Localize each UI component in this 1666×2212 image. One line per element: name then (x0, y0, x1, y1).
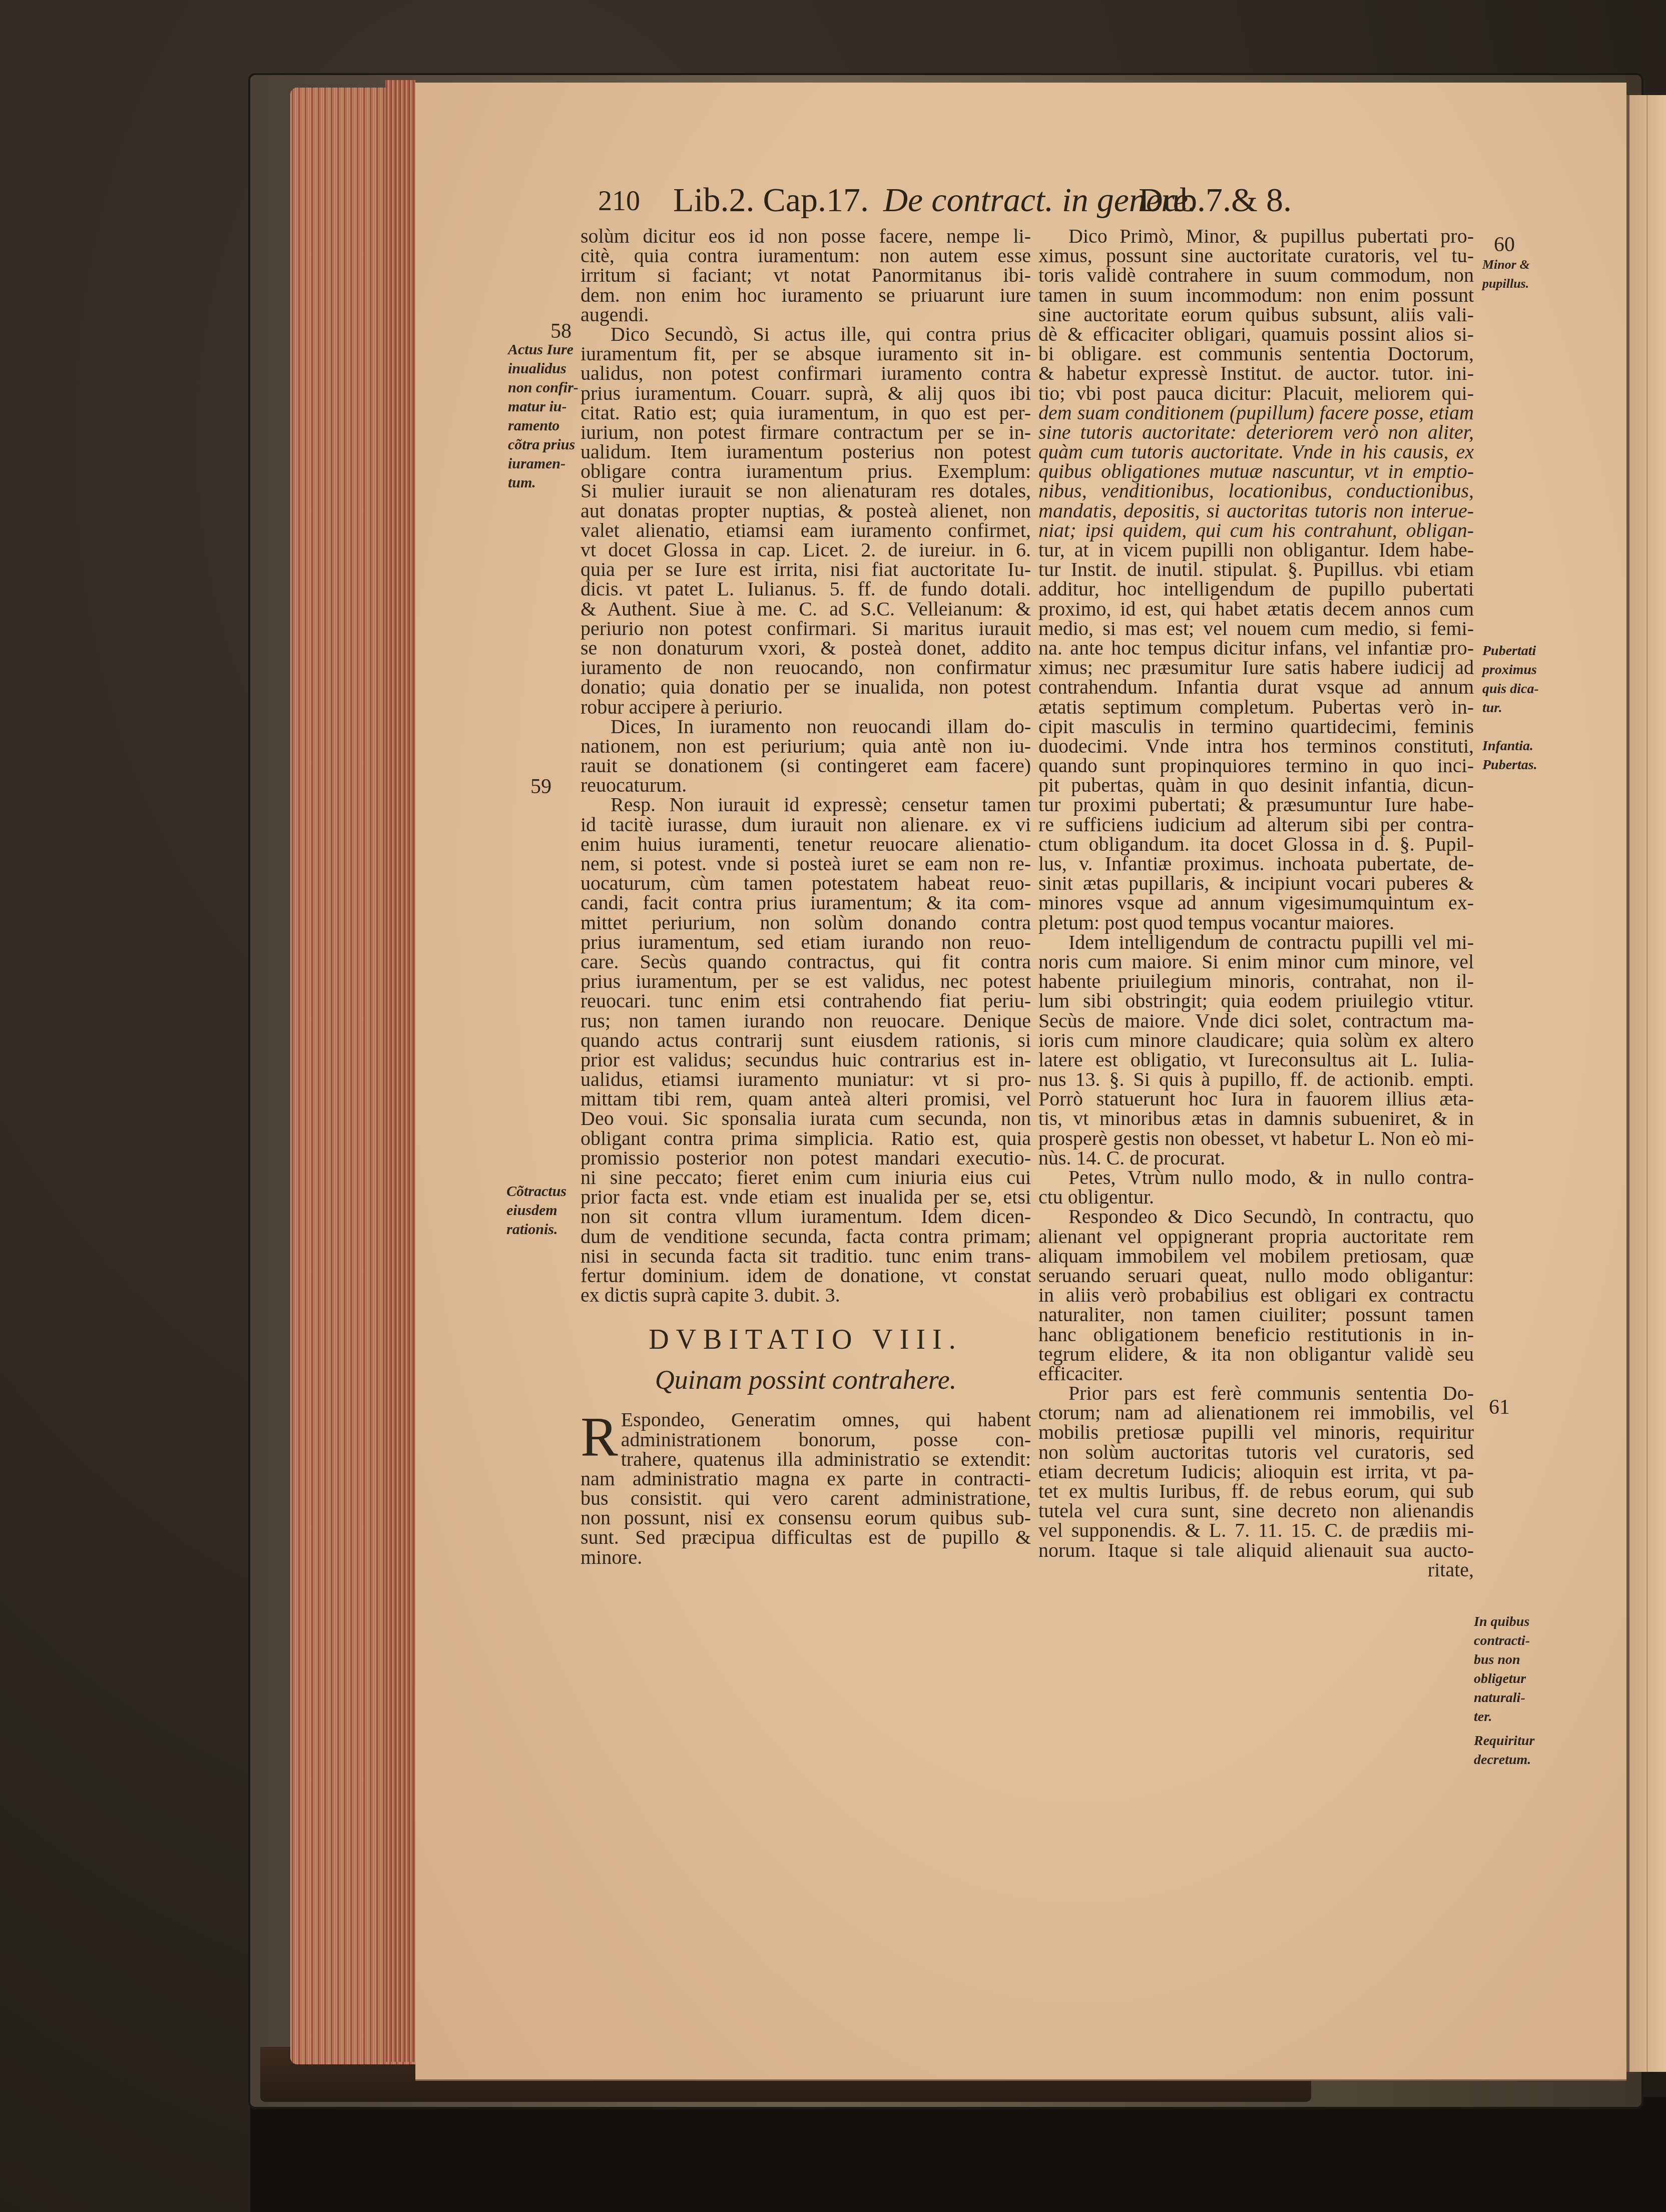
text-line: ætatis septimum completum. Pubertas verò… (1038, 697, 1474, 717)
text-line: mandatis, depositis, si auctoritas tutor… (1038, 501, 1474, 520)
margin-note-infantia-pubertas: Infantia. Pubertas. (1482, 737, 1537, 775)
text-line: ex dictis suprà capite 3. dubit. 3. (581, 1285, 1031, 1305)
text-line: tegrum elidere, & ita non obligantur val… (1038, 1344, 1474, 1364)
text-line: ioris cum minore claudicare; quia solùm … (1038, 1030, 1474, 1050)
text-line: Petes, Vtrùm nullo modo, & in nullo cont… (1038, 1168, 1474, 1187)
text-line: uocaturum, cùm tamen potestatem habeat r… (581, 873, 1031, 893)
text-line: tur proximi pubertati; & præsumuntur Iur… (1038, 795, 1474, 814)
book-chapter: Lib.2. Cap.17. (673, 180, 869, 220)
text-line: noris cum maiore. Si enim minor cum mino… (1038, 952, 1474, 971)
text-line: medio, si mas est; vel nouem cum medio, … (1038, 619, 1474, 638)
text-line: Deo voui. Sic sponsalia iurata cum secun… (581, 1109, 1031, 1128)
text-line: Dico Secundò, Si actus ille, qui contra … (581, 324, 1031, 344)
text-line: trahere, quatenus illa administratio se … (581, 1449, 1031, 1469)
text-line: contrahendum. Infantia durat vsque ad an… (1038, 677, 1474, 697)
catchword: ritate, (1038, 1560, 1474, 1579)
text-line: lum sibi obstringit; quia eodem priuileg… (1038, 991, 1474, 1010)
text-line: promissio posterior non potest mandari e… (581, 1148, 1031, 1168)
text-line: quàm cum tutoris auctoritate. Vnde in hi… (1038, 442, 1474, 461)
text-line: mobilis pretiosæ pupilli vel minoris, re… (1038, 1422, 1474, 1442)
text-line: duodecimi. Vnde intra hos terminos const… (1038, 736, 1474, 756)
text-line: pletum: post quod tempus vocantur maiore… (1038, 913, 1474, 932)
text-line: tis, vt minoribus ætas in damnis subueni… (1038, 1109, 1474, 1128)
text-line: quia per se Iure est irrita, nisi fiat a… (581, 560, 1031, 579)
text-line: ualidus, non potest confirmari iuramento… (581, 363, 1031, 383)
text-line: ualidus, etiamsi iuramento muniatur: vt … (581, 1069, 1031, 1089)
text-line: vel supponendis. & L. 7. 11. 15. C. de p… (1038, 1520, 1474, 1540)
margin-note-minor-pupillus: Minor & pupillus. (1482, 255, 1530, 293)
text-line: iuramento de non reuocando, non confirma… (581, 658, 1031, 677)
margin-note-line: naturali- (1474, 1689, 1530, 1708)
text-line: non possunt, nisi ex consensu eorum quib… (581, 1508, 1031, 1527)
text-line: sine auctoritate eorum quibus subsunt, a… (1038, 305, 1474, 324)
margin-note-requiritur: Requiritur decretum. (1474, 1732, 1534, 1770)
text-line: niat; ipsi quidem, qui cum his contrahun… (1038, 520, 1474, 540)
text-line: nibus, venditionibus, locationibus, cond… (1038, 481, 1474, 500)
text-line: Respondeo & Dico Secundò, In contractu, … (1038, 1207, 1474, 1226)
text-line: citè, quia contra iuramentum: non autem … (581, 246, 1031, 265)
text-line: non sit contra vllum iuramentum. Idem di… (581, 1207, 1031, 1226)
margin-note-line: proximus (1482, 661, 1539, 680)
text-line: obligare contra iuramentum prius. Exempl… (581, 461, 1031, 481)
text-line: iuramentum fit, per se absque iuramento … (581, 344, 1031, 363)
text-line: in aliis verò probabilius est obligari e… (1038, 1285, 1474, 1305)
text-line: ualidum. Item iuramentum posterius non p… (581, 442, 1031, 461)
text-line: sunt. Sed præcipua difficultas est de pu… (581, 1527, 1031, 1547)
margin-note-line: Infantia. (1482, 737, 1537, 756)
text-line: aliquam immobilem vel mobilem pretiosam,… (1038, 1246, 1474, 1266)
margin-number-60: 60 (1494, 233, 1515, 257)
margin-note-line: tur. (1482, 699, 1539, 718)
text-line: ctum obligandum. ita docet Glossa in d. … (1038, 834, 1474, 854)
margin-note-line: ramento (508, 416, 579, 435)
text-line: valet alienatio, etiamsi eam iuramento c… (581, 520, 1031, 540)
text-line: norum. Itaque si tale aliquid alienauit … (1038, 1540, 1474, 1560)
section-heading: DVBITATIO VIII. (581, 1320, 1031, 1360)
text-line: Dices, In iuramento non reuocandi illam … (581, 717, 1031, 736)
text-line: dè & efficaciter obligari, quamuis possi… (1038, 324, 1474, 344)
text-line: na. ante hoc tempus dicitur infans, vel … (1038, 638, 1474, 658)
margin-note-line: iuramen- (508, 454, 579, 473)
margin-note-line: Minor & (1482, 255, 1530, 274)
text-line: additur, hoc intelligendum de pupillo pu… (1038, 579, 1474, 599)
text-line: habente priuilegium minoris, contrahat, … (1038, 971, 1474, 991)
text-line: prior facta est. vnde etiam est inualida… (581, 1187, 1031, 1207)
margin-note-line: obligetur (1474, 1670, 1530, 1689)
text-line: pit pubertas, quàm in quo desinit infant… (1038, 775, 1474, 795)
text-line: dicis. vt patet L. Iulianus. 5. ff. de f… (581, 579, 1031, 599)
text-line: mittet periurium, non solùm donando cont… (581, 913, 1031, 932)
dubitatio-ref: Dub.7.& 8. (1139, 180, 1292, 220)
text-line: augendi. (581, 305, 1031, 324)
text-line: Espondeo, Generatim omnes, qui habent (581, 1410, 1031, 1429)
text-line: aut donatas propter nuptias, & posteà al… (581, 501, 1031, 520)
text-line: tamen in suum incommodum: non enim possu… (1038, 285, 1474, 305)
text-line: prius iuramentum. Couarr. suprà, & alij … (581, 383, 1031, 403)
margin-number-59: 59 (530, 775, 551, 799)
text-line: Resp. Non iurauit id expressè; censetur … (581, 795, 1031, 814)
text-line: quando sunt propinquiores termino in quo… (1038, 756, 1474, 775)
text-line: cipit masculis in termino quartidecimi, … (1038, 717, 1474, 736)
margin-note-line: Pubertati (1482, 642, 1539, 661)
text-line: prosperè gestis non obesset, vt habetur … (1038, 1129, 1474, 1148)
text-line: bi obligare. est communis sententia Doct… (1038, 344, 1474, 363)
text-line: seruando seruari queat, nullo modo oblig… (1038, 1266, 1474, 1285)
margin-note-line: eiusdem (506, 1201, 567, 1220)
left-text-column: solùm dicitur eos id non posse facere, n… (581, 226, 1031, 1567)
text-line: Prior pars est ferè communis sententia D… (1038, 1383, 1474, 1403)
text-line: obligant contra prima simplicia. Ratio e… (581, 1129, 1031, 1148)
margin-note-line: Requiritur (1474, 1732, 1534, 1751)
text-line: & habetur expressè Institut. de auctor. … (1038, 363, 1474, 383)
text-line: hanc obligationem beneficio restitutioni… (1038, 1325, 1474, 1344)
text-line: nus 13. §. Si quis à pupillo, ff. de act… (1038, 1069, 1474, 1089)
text-line: sinit ætas pupillaris, & incipiunt vocar… (1038, 873, 1474, 893)
text-line: Si mulier iurauit se non alienaturam res… (581, 481, 1031, 500)
text-line: Dico Primò, Minor, & pupillus pubertati … (1038, 226, 1474, 246)
text-line: non solùm auctoritas tutoris vel curator… (1038, 1442, 1474, 1462)
text-line: robur accipere à periurio. (581, 697, 1031, 717)
text-line: Secùs de maiore. Vnde dici solet, contra… (1038, 1011, 1474, 1030)
text-line: efficaciter. (1038, 1364, 1474, 1383)
book-shadow (250, 2097, 1666, 2212)
text-line: tur, at in vicem pupilli non obligantur.… (1038, 540, 1474, 560)
margin-note-line: non confir- (508, 378, 579, 397)
text-line: ximus, possunt sine auctoritate curatori… (1038, 246, 1474, 265)
text-line: dem. non enim hoc iuramento se priuarunt… (581, 285, 1031, 305)
text-line: prior est validus; secundus huic contrar… (581, 1050, 1031, 1069)
text-line: quando actus contrarij sunt eiusdem rati… (581, 1030, 1031, 1050)
text-line: sine tutoris auctoritate: deteriorem ver… (1038, 422, 1474, 442)
text-line: vt docet Glossa in cap. Licet. 2. de iur… (581, 540, 1031, 560)
margin-note-contractus: Cõtractus eiusdem rationis. (506, 1182, 567, 1239)
text-line: naturaliter, non tamen ciuiliter; possun… (1038, 1305, 1474, 1324)
text-line: quibus obligationes mutuæ nascuntur, vt … (1038, 461, 1474, 481)
text-line: enim huius iuramenti, tenetur reuocare a… (581, 834, 1031, 854)
margin-note-line: In quibus (1474, 1612, 1530, 1631)
text-line: latere est obligatio, vt Iureconsultus a… (1038, 1050, 1474, 1069)
margin-number-61: 61 (1489, 1395, 1510, 1419)
text-line: mittam tibi rem, quam anteà alteri promi… (581, 1089, 1031, 1109)
text-line: ctorum; nam ad alienationem rei immobili… (1038, 1403, 1474, 1422)
margin-note-line: tum. (508, 473, 579, 492)
text-line: tet ex multis Iuribus, ff. de rebus eoru… (1038, 1481, 1474, 1501)
text-line: solùm dicitur eos id non posse facere, n… (581, 226, 1031, 246)
margin-number-58: 58 (550, 319, 572, 343)
text-line: fertur dominium. idem de donatione, vt c… (581, 1266, 1031, 1285)
margin-note-line: Actus Iure (508, 340, 579, 359)
margin-note-line: pupillus. (1482, 274, 1530, 293)
text-line: minore. (581, 1547, 1031, 1567)
margin-note-actus-iure: Actus Iure inualidus non confir- matur i… (508, 340, 579, 492)
text-line: lus, v. Infantiæ proximus. inchoata pube… (1038, 854, 1474, 873)
red-page-edges-inner (385, 80, 415, 2062)
text-line: dum de venditione secunda, facta contra … (581, 1227, 1031, 1246)
text-line: nationem, non est periurium; quia antè n… (581, 736, 1031, 756)
text-line: etiam decretum Iudicis; alioquin est irr… (1038, 1462, 1474, 1481)
text-line: nem, si potest. vnde si posteà iuret se … (581, 854, 1031, 873)
text-line: tur Instit. de inutil. stipulat. §. Pupi… (1038, 560, 1474, 579)
text-line: prius iuramentum, sed etiam iurando non … (581, 932, 1031, 952)
text-line: Porrò statuerunt hoc Iura in fauorem ill… (1038, 1089, 1474, 1109)
text-line: alienant vel oppignerant propria auctori… (1038, 1227, 1474, 1246)
text-line: rauit se donationem (si contingeret eam … (581, 756, 1031, 775)
text-line: prius iuramentum, per se est validus, ne… (581, 971, 1031, 991)
text-line: nùs. 14. C. de procurat. (1038, 1148, 1474, 1168)
margin-note-line: rationis. (506, 1220, 567, 1239)
text-line: proximo, id est, qui habet ætatis decem … (1038, 599, 1474, 619)
margin-note-line: cõtra prius (508, 435, 579, 454)
margin-note-line: inualidus (508, 359, 579, 378)
text-line: reuocaturum. (581, 775, 1031, 795)
text-line: donatio; quia donatio per se inualida, n… (581, 677, 1031, 697)
text-line: Idem intelligendum de contractu pupilli … (1038, 932, 1474, 952)
margin-note-line: decretum. (1474, 1751, 1534, 1770)
margin-note-line: quis dica- (1482, 680, 1539, 699)
text-line: rus; non tamen iurando non reuocare. Den… (581, 1011, 1031, 1030)
text-line: candi, facit contra prius iuramentum; & … (581, 893, 1031, 912)
text-line: nam administratio magna ex parte in cont… (581, 1469, 1031, 1488)
text-line: administrationem bonorum, posse con- (581, 1430, 1031, 1449)
text-line: bus consistit. qui vero carent administr… (581, 1488, 1031, 1508)
section-paragraph: R Espondeo, Generatim omnes, qui habent … (581, 1410, 1031, 1567)
text-line: irritum si faciant; vt notat Panormitanu… (581, 265, 1031, 285)
text-line: tutela vel cura sunt, sine decreto non a… (1038, 1501, 1474, 1520)
drop-cap: R (581, 1413, 618, 1461)
margin-note-in-quibus: In quibus contracti- bus non obligetur n… (1474, 1612, 1530, 1727)
text-line: ctu obligentur. (1038, 1187, 1474, 1207)
margin-note-line: Cõtractus (506, 1182, 567, 1201)
text-line: iurium, non potest firmare contractum pe… (581, 422, 1031, 442)
text-line: care. Secùs quando contractus, qui fit c… (581, 952, 1031, 971)
right-text-column: Dico Primò, Minor, & pupillus pubertati … (1038, 226, 1474, 1579)
margin-note-line: bus non (1474, 1650, 1530, 1670)
text-line: dem suam conditionem (pupillum) facere p… (1038, 403, 1474, 422)
text-line: id tacitè iurasse, dum iurauit non alien… (581, 815, 1031, 834)
margin-note-line: ter. (1474, 1708, 1530, 1727)
text-line: re sufficiens iudicium ad alterum sibi p… (1038, 815, 1474, 834)
text-line: citat. Ratio est; quia iuramentum, in qu… (581, 403, 1031, 422)
text-line: periurio non potest confirmari. Si marit… (581, 619, 1031, 638)
text-line: se non donaturum vxori, & posteà donet, … (581, 638, 1031, 658)
facing-page-fold (1646, 95, 1648, 2072)
text-line: toris validè contrahere in suum commodum… (1038, 265, 1474, 285)
text-line: & Authent. Siue à me. C. ad S.C. Velleia… (581, 599, 1031, 619)
text-line: minores vsque ad annum vigesimumquintum … (1038, 893, 1474, 912)
section-subtitle: Quinam possint contrahere. (581, 1360, 1031, 1400)
text-line: ni sine peccato; fieret enim cum iniuria… (581, 1168, 1031, 1187)
text-line: nisi in secunda facta sit traditio. tunc… (581, 1246, 1031, 1266)
text-line: reuocari. tunc enim etsi contrahendo fia… (581, 991, 1031, 1010)
margin-note-line: matur iu- (508, 397, 579, 416)
text-line: ximus; nec præsumitur Iure satis habere … (1038, 658, 1474, 677)
page-number: 210 (598, 185, 640, 217)
margin-note-line: Pubertas. (1482, 756, 1537, 775)
margin-note-line: contracti- (1474, 1631, 1530, 1650)
text-line: tio; vbi post pauca dicitur: Placuit, me… (1038, 383, 1474, 403)
margin-note-pubertati-proximus: Pubertati proximus quis dica- tur. (1482, 642, 1539, 718)
